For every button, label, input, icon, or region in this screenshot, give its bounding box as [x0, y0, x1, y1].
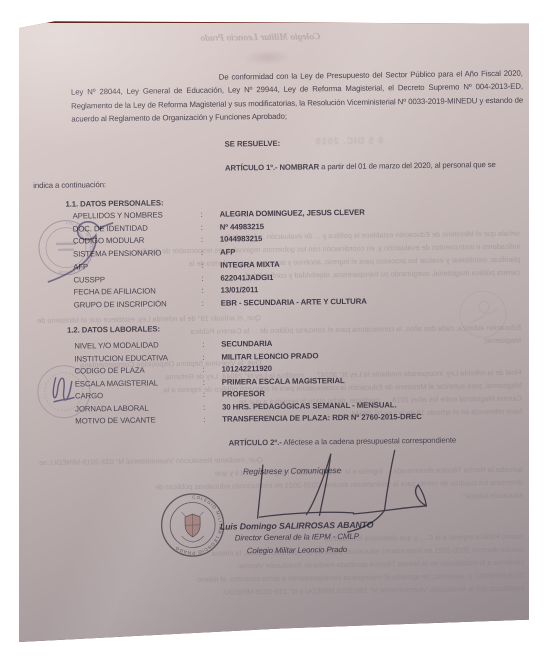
row-value: AFP — [220, 247, 235, 260]
row-colon: : — [202, 298, 221, 311]
ghost-stamp-bottom-icon — [452, 520, 523, 591]
article-1-text: a partir del 01 de marzo del 2020, al pe… — [319, 160, 496, 171]
row-value: 13/01/2011 — [220, 284, 258, 297]
ghost-emblem — [243, 50, 291, 66]
article-1-line: ARTÍCULO 1º.- NOMBRAR a partir del 01 de… — [225, 158, 496, 175]
row-colon: : — [202, 339, 221, 352]
scanned-resolution-photo: { "doc": { "colon": ":", "intro": "De co… — [0, 0, 553, 657]
article-1-number: ARTÍCULO 1º.- NOMBRAR — [225, 162, 319, 172]
row-colon: : — [203, 401, 222, 414]
row-value: Nº 44983215 — [220, 221, 264, 234]
se-resuelve-heading: SE RESUELVE: — [225, 137, 281, 151]
row-value: 1044983215 — [220, 233, 263, 246]
official-seal-icon: COLEGIO MILITAR LEONCIO PRADO — [159, 492, 226, 559]
row-colon: : — [201, 221, 220, 234]
row-colon: : — [201, 247, 220, 260]
row-colon: : — [201, 285, 220, 298]
row-colon: : — [201, 209, 220, 222]
row-colon: : — [201, 234, 220, 247]
row-value: ALEGRIA DOMINGUEZ, JESUS CLEVER — [219, 207, 364, 222]
row-label: GRUPO DE INSCRIPCIÓN — [74, 298, 202, 312]
row-value: INTEGRA MIXTA — [220, 259, 280, 272]
ghost-school-title: Colegio Militar Leoncio Prado — [175, 32, 345, 44]
round-stamp-personales-icon: COLEGIO MILITAR LEONCIO PRADO — [19, 195, 121, 296]
row-colon: : — [203, 364, 222, 377]
row-colon: : — [201, 259, 220, 272]
row-value: EBR - SECUNDARIA - ARTE Y CULTURA — [221, 296, 367, 311]
section-title-datos-laborales: 1.2. DATOS LABORALES: — [67, 322, 160, 337]
row-colon: : — [203, 376, 222, 389]
row-value: TRANSFERENCIA DE PLAZA: RDR Nº 2760-2015… — [222, 411, 422, 426]
row-value: 101242211920 — [222, 363, 273, 376]
row-colon: : — [201, 272, 220, 285]
ghost-date-stamp: 0 5 DIC. 2019 — [315, 135, 384, 146]
stamp-ring-text: COLEGIO MILITAR LEONCIO PRADO — [57, 221, 93, 275]
article-1-continuation: indica a continuación: — [33, 178, 106, 192]
round-stamp-laborales-icon — [25, 353, 102, 430]
row-colon: : — [203, 389, 222, 402]
intro-paragraph: De conformidad con la Ley de Presupuesto… — [71, 67, 524, 127]
row-value: MILITAR LEONCIO PRADO — [221, 350, 318, 364]
row-value: PRIMERA ESCALA MAGISTERIAL — [222, 375, 345, 389]
document-content: Colegio Militar Leoncio Prado 0 5 DIC. 2… — [19, 20, 529, 642]
row-value: PROFESOR — [222, 388, 265, 401]
datos-laborales-rows: NIVEL Y/O MODALIDAD:SECUNDARIA INSTITUCI… — [74, 336, 422, 428]
document-photo: Colegio Militar Leoncio Prado 0 5 DIC. 2… — [19, 20, 529, 642]
signature-stroke-icon — [236, 441, 449, 544]
row-colon: : — [203, 414, 222, 427]
row-colon: : — [202, 351, 221, 364]
row-value: 622041JADGI1 — [220, 271, 273, 284]
paper-sheet: Colegio Militar Leoncio Prado 0 5 DIC. 2… — [19, 23, 529, 642]
ghost-stamp-right-icon — [457, 288, 510, 341]
row-value: SECUNDARIA — [221, 338, 272, 351]
svg-text:COLEGIO MILITAR LEONCIO PRADO: COLEGIO MILITAR LEONCIO PRADO — [57, 221, 93, 275]
